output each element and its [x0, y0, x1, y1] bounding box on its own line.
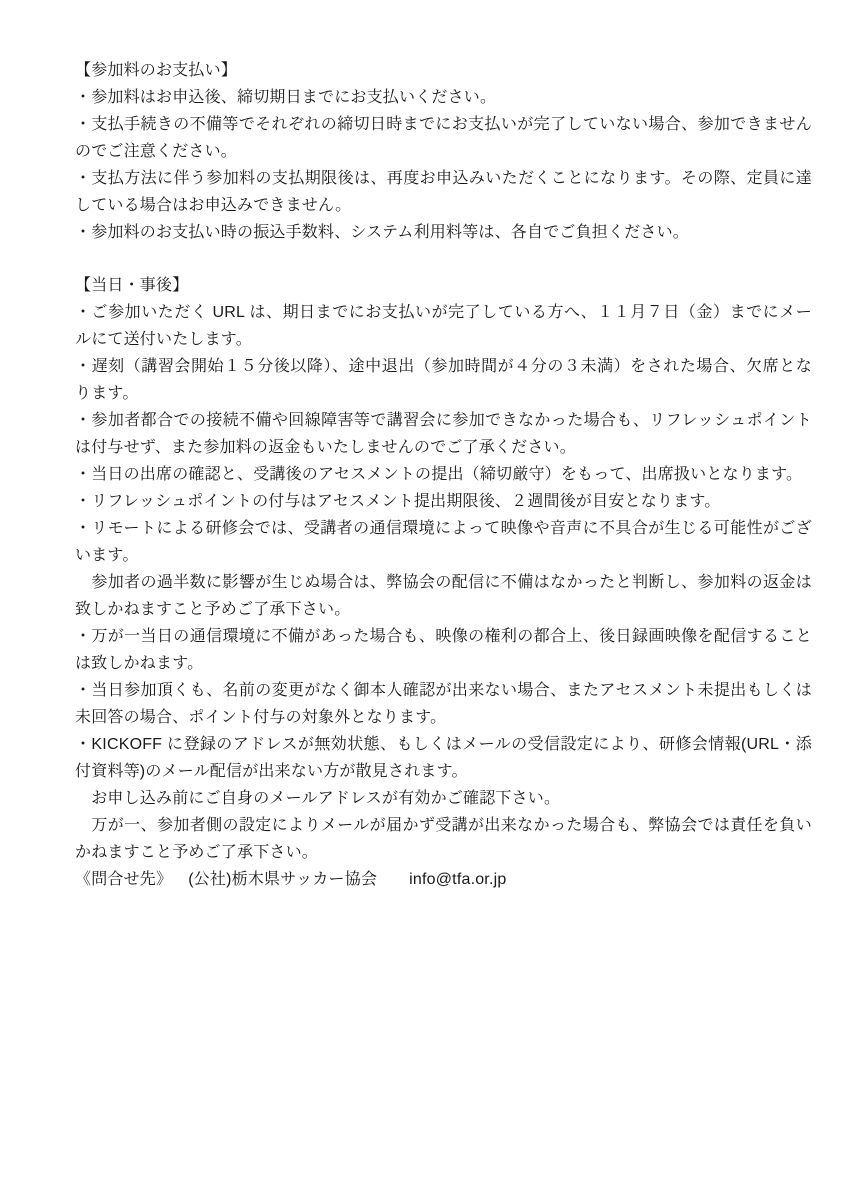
contact-organization: (公社)栃木県サッカー協会 — [188, 871, 377, 888]
section-payment-heading: 【参加料のお支払い】 — [75, 57, 812, 84]
contact-email: info@tfa.or.jp — [409, 871, 506, 888]
contact-label: 《問合せ先》 — [75, 871, 172, 888]
paragraph: ・参加料のお支払い時の振込手数料、システム利用料等は、各自でご負担ください。 — [75, 219, 812, 246]
paragraph: ・万が一当日の通信環境に不備があった場合も、映像の権利の都合上、後日録画映像を配… — [75, 623, 812, 677]
paragraph: ・当日参加頂くも、名前の変更がなく御本人確認が出来ない場合、またアセスメント未提… — [75, 677, 812, 731]
section-event-day-heading: 【当日・事後】 — [75, 272, 812, 299]
paragraph: ・KICKOFF に登録のアドレスが無効状態、もしくはメールの受信設定により、研… — [75, 731, 812, 785]
paragraph: ・遅刻（講習会開始１５分後以降）、途中退出（参加時間が４分の３未満）をされた場合… — [75, 353, 812, 407]
paragraph: 万が一、参加者側の設定によりメールが届かず受講が出来なかった場合も、弊協会では責… — [75, 812, 812, 866]
contact-line: 《問合せ先》(公社)栃木県サッカー協会info@tfa.or.jp — [75, 866, 812, 893]
paragraph: ・ご参加いただく URL は、期日までにお支払いが完了している方へ、１１月７日（… — [75, 299, 812, 353]
section-event-day: 【当日・事後】 ・ご参加いただく URL は、期日までにお支払いが完了している方… — [75, 272, 812, 866]
paragraph: ・当日の出席の確認と、受講後のアセスメントの提出（締切厳守）をもって、出席扱いと… — [75, 461, 812, 488]
section-event-day-paragraphs: ・ご参加いただく URL は、期日までにお支払いが完了している方へ、１１月７日（… — [75, 299, 812, 866]
paragraph: 参加者の過半数に影響が生じぬ場合は、弊協会の配信に不備はなかったと判断し、参加料… — [75, 569, 812, 623]
paragraph: ・参加料はお申込後、締切期日までにお支払いください。 — [75, 84, 812, 111]
paragraph: お申し込み前にご自身のメールアドレスが有効かご確認下さい。 — [75, 785, 812, 812]
section-payment-paragraphs: ・参加料はお申込後、締切期日までにお支払いください。 ・支払手続きの不備等でそれ… — [75, 84, 812, 246]
paragraph: ・リモートによる研修会では、受講者の通信環境によって映像や音声に不具合が生じる可… — [75, 515, 812, 569]
paragraph: ・参加者都合での接続不備や回線障害等で講習会に参加できなかった場合も、リフレッシ… — [75, 407, 812, 461]
document-body: 【参加料のお支払い】 ・参加料はお申込後、締切期日までにお支払いください。 ・支… — [75, 57, 812, 893]
section-payment: 【参加料のお支払い】 ・参加料はお申込後、締切期日までにお支払いください。 ・支… — [75, 57, 812, 246]
paragraph: ・リフレッシュポイントの付与はアセスメント提出期限後、２週間後が目安となります。 — [75, 488, 812, 515]
paragraph: ・支払手続きの不備等でそれぞれの締切日時までにお支払いが完了していない場合、参加… — [75, 111, 812, 165]
paragraph: ・支払方法に伴う参加料の支払期限後は、再度お申込みいただくことになります。その際… — [75, 165, 812, 219]
